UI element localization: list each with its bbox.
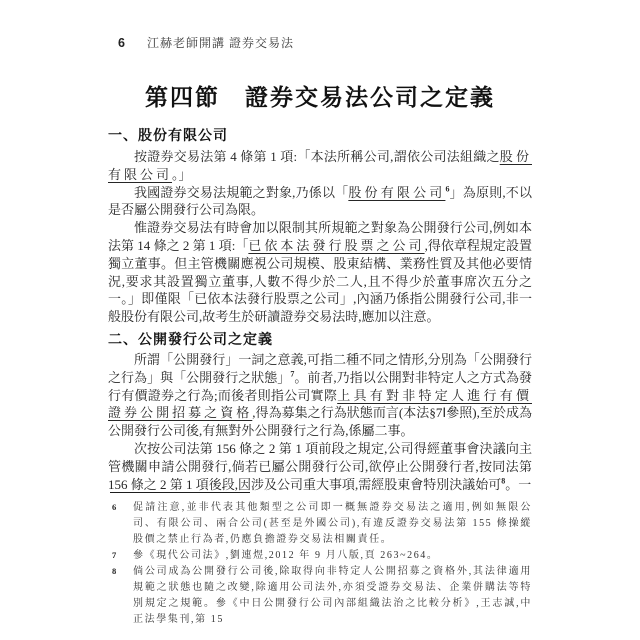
page-content: 6 江赫老師開講 證券交易法 第四節 證券交易法公司之定義 一、股份有限公司按證…: [108, 34, 532, 493]
page-number: 6: [118, 36, 125, 50]
running-header: 6 江赫老師開講 證券交易法: [108, 34, 532, 50]
text-segment: 次按公司法第 156 條之 2 第 1 項前段之規定,公司得經董事會決議向主管機…: [108, 441, 532, 492]
footnote-text: 促請注意,並非代表其他類型之公司即一概無證券交易法之適用,例如無限公司、有限公司…: [133, 502, 532, 545]
book-title: 江赫老師開講 證券交易法: [147, 34, 294, 51]
footnote-text: 倘公司成為公開發行公司後,除取得向非特定人公開招募之資格外,其法律適用規範之狀態…: [133, 566, 532, 625]
text-segment: 。一: [505, 477, 531, 492]
footnote-divider: [110, 492, 250, 493]
body-paragraph: 我國證券交易法規範之對象,乃係以「股份有限公司6」為原則,不以是否屬公開發行公司…: [108, 184, 532, 220]
body-paragraph: 惟證券交易法有時會加以限制其所規範之對象為公開發行公司,例如本法第 14 條之 …: [108, 219, 532, 326]
body-paragraph: 次按公司法第 156 條之 2 第 1 項前段之規定,公司得經董事會決議向主管機…: [108, 440, 532, 493]
chapter-title: 第四節 證券交易法公司之定義: [108, 84, 532, 111]
footnote-number: 6: [112, 499, 116, 515]
body-paragraph: 按證券交易法第 4 條第 1 項:「本法所稱公司,謂依公司法組織之股份有限公司。…: [108, 148, 532, 184]
emphasized-term: 已依本法發行股票之公司: [248, 238, 424, 253]
footnote: 6促請注意,並非代表其他類型之公司即一概無證券交易法之適用,例如無限公司、有限公…: [108, 500, 532, 548]
footnote-number: 7: [112, 547, 116, 563]
section-heading: 一、股份有限公司: [108, 127, 532, 143]
footnote: 7參《現代公司法》,劉連煜,2012 年 9 月八版,頁 263~264。: [108, 548, 532, 564]
footnote-number: 8: [112, 563, 116, 579]
footnote-text: 參《現代公司法》,劉連煜,2012 年 9 月八版,頁 263~264。: [133, 550, 439, 561]
body-paragraph: 所謂「公開發行」一詞之意義,可指二種不同之情形,分別為「公開發行之行為」與「公開…: [108, 351, 532, 440]
book-page: 6 江赫老師開講 證券交易法 第四節 證券交易法公司之定義 一、股份有限公司按證…: [0, 0, 640, 640]
text-segment: 我國證券交易法規範之對象,乃係以「: [134, 185, 348, 200]
text-segment: 。」: [172, 167, 192, 182]
footnote-area: 6促請注意,並非代表其他類型之公司即一概無證券交易法之適用,例如無限公司、有限公…: [108, 492, 532, 628]
section-heading: 二、公開發行公司之定義: [108, 331, 532, 347]
main-text: 一、股份有限公司按證券交易法第 4 條第 1 項:「本法所稱公司,謂依公司法組織…: [108, 127, 532, 493]
text-segment: 按證券交易法第 4 條第 1 項:「本法所稱公司,謂依公司法組織之: [134, 149, 500, 164]
footnote-list: 6促請注意,並非代表其他類型之公司即一概無證券交易法之適用,例如無限公司、有限公…: [108, 500, 532, 628]
emphasized-term: 股份有限公司: [348, 185, 445, 200]
footnote: 8倘公司成為公開發行公司後,除取得向非特定人公開招募之資格外,其法律適用規範之狀…: [108, 564, 532, 628]
